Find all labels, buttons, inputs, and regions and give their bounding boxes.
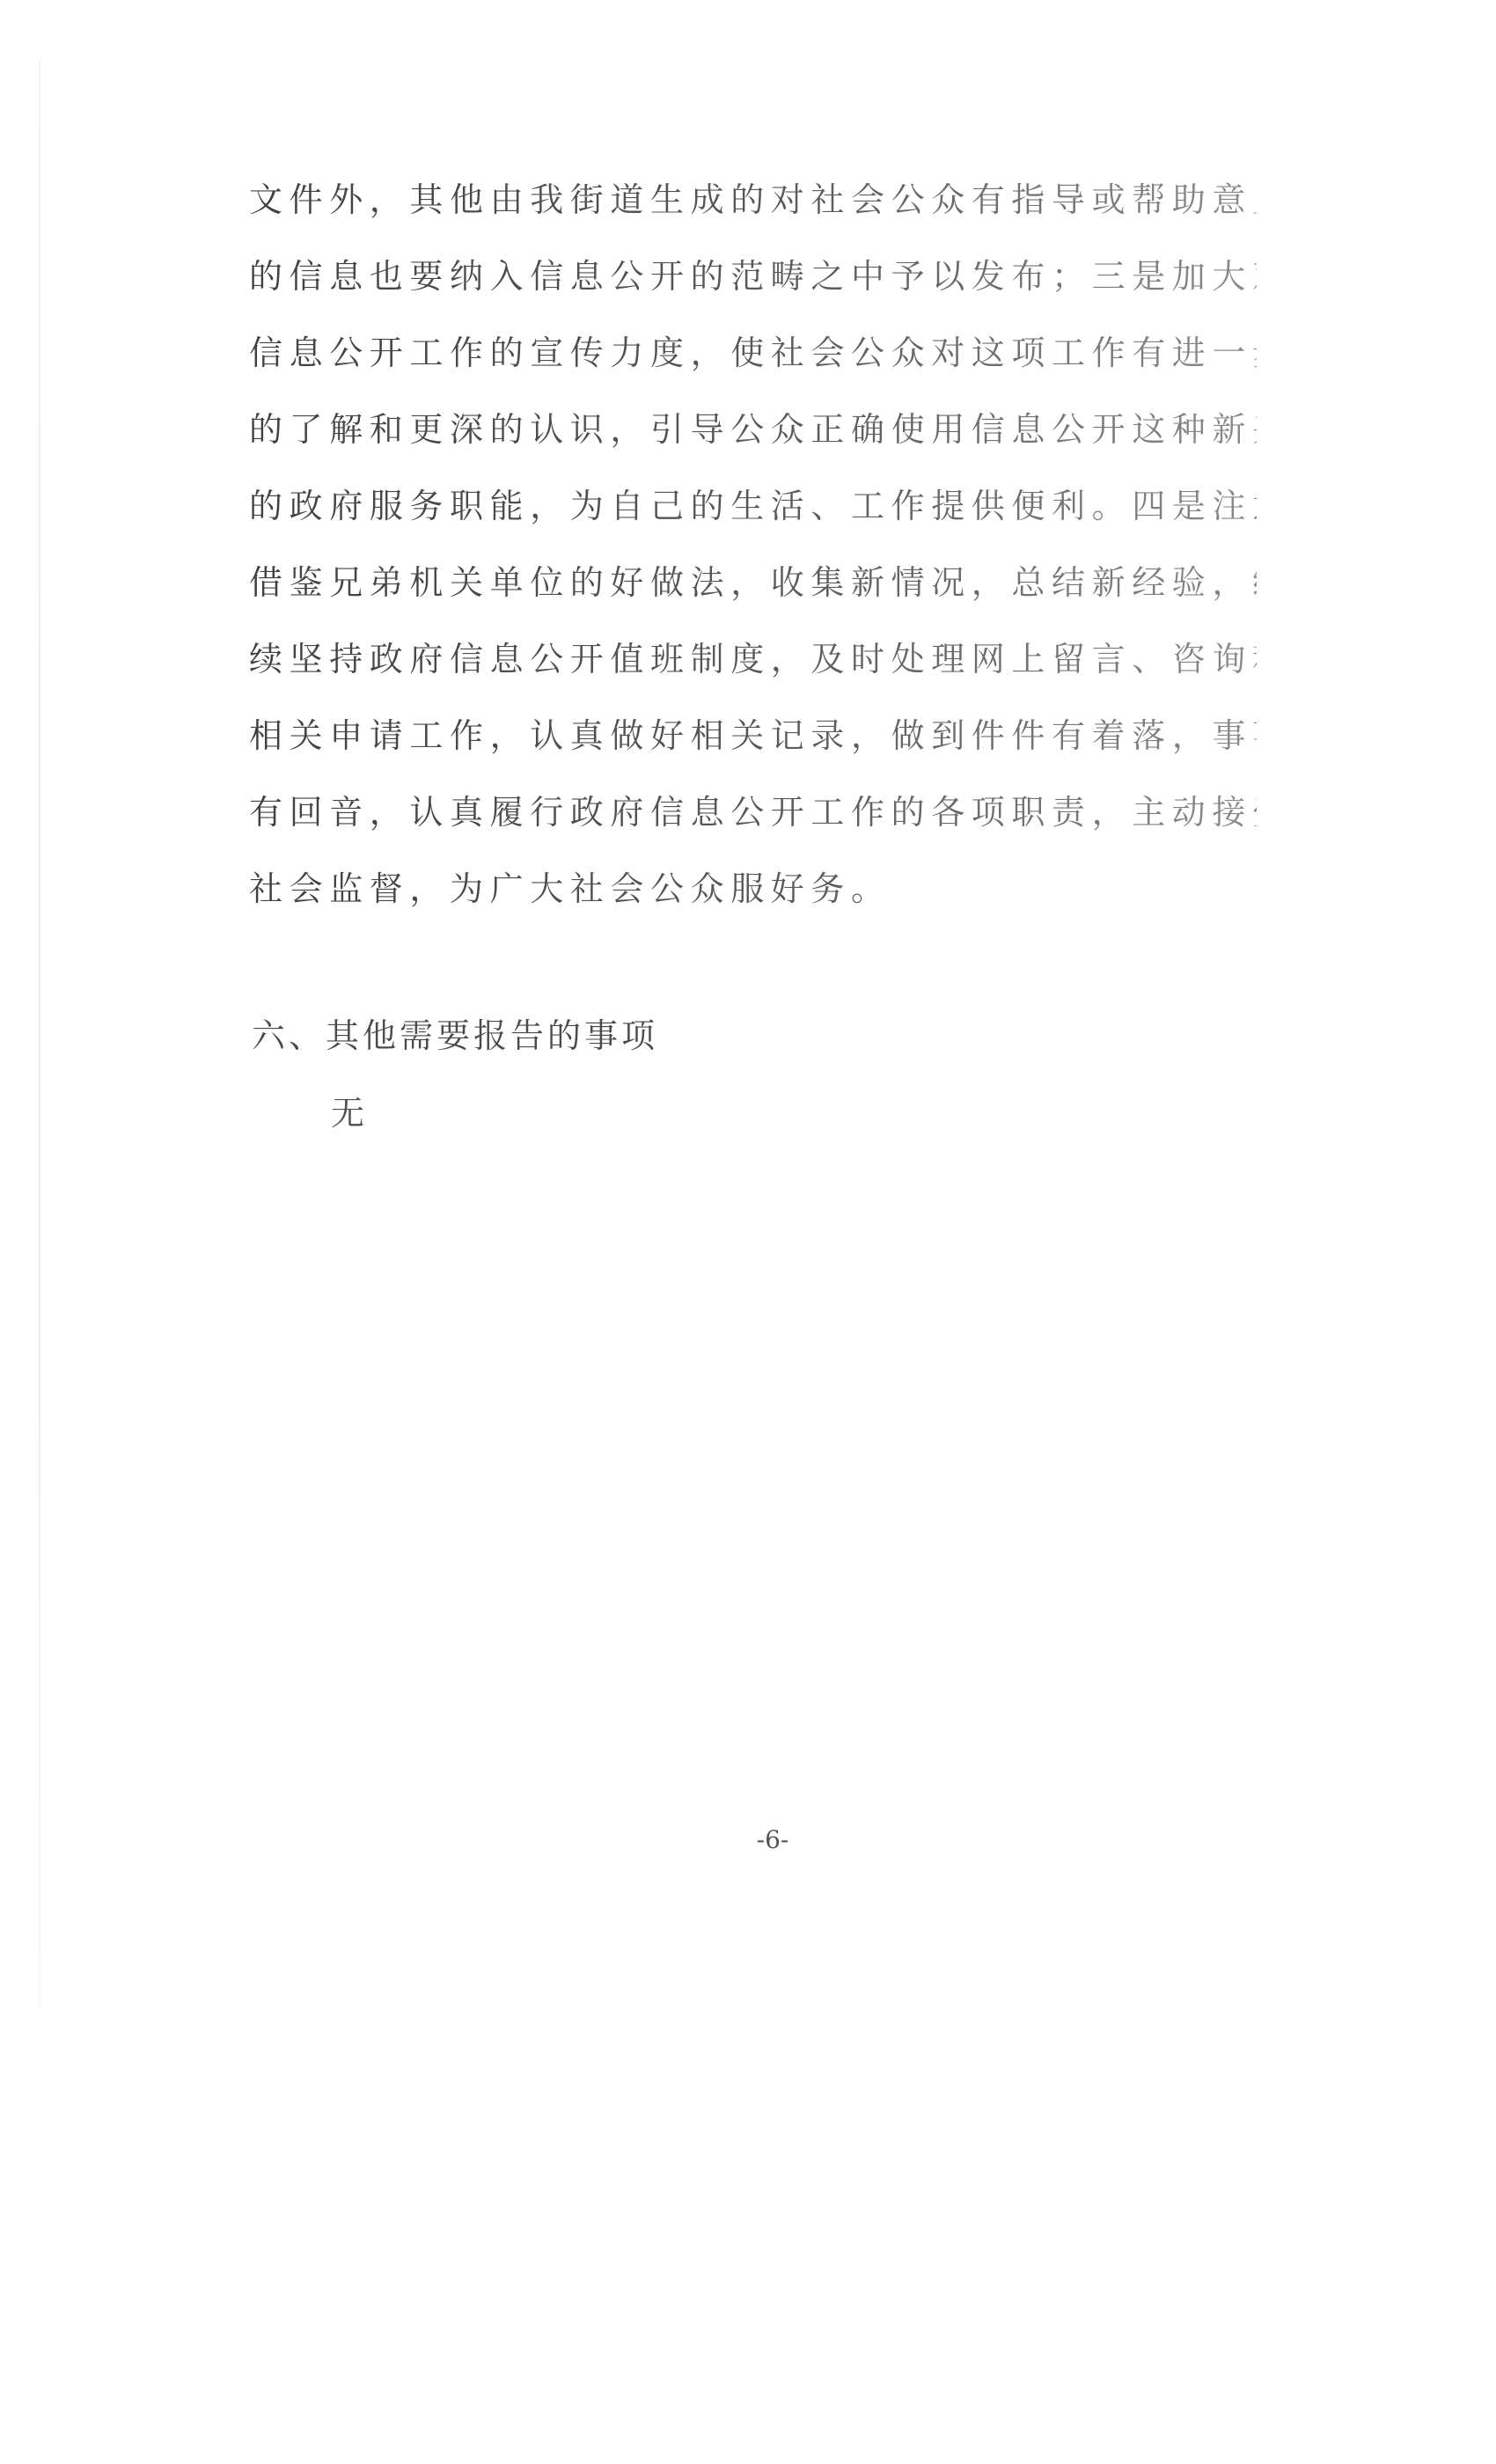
body-line: 借鉴兄弟机关单位的好做法，收集新情况，总结新经验，继 [249,545,1257,621]
body-line: 社会监督，为广大社会公众服好务。 [249,851,1257,928]
body-line: 有回音，认真履行政府信息公开工作的各项职责，主动接受 [249,774,1257,851]
body-line: 文件外，其他由我街道生成的对社会公众有指导或帮助意义 [249,162,1257,238]
body-line: 的政府服务职能，为自己的生活、工作提供便利。四是注意 [249,468,1257,545]
body-line: 的信息也要纳入信息公开的范畴之中予以发布；三是加大对 [249,238,1257,315]
body-line: 续坚持政府信息公开值班制度，及时处理网上留言、咨询和 [249,621,1257,698]
scan-edge-shadow [39,62,40,2006]
body-line: 的了解和更深的认识，引导公众正确使用信息公开这种新兴 [249,392,1257,468]
page-number: -6- [737,1825,808,1854]
body-paragraph: 文件外，其他由我街道生成的对社会公众有指导或帮助意义 的信息也要纳入信息公开的范… [249,162,1257,928]
section-heading: 六、其他需要报告的事项 [252,998,658,1074]
body-line: 相关申请工作，认真做好相关记录，做到件件有着落，事事 [249,698,1257,774]
section-content: 无 [331,1075,364,1152]
body-line: 信息公开工作的宣传力度，使社会公众对这项工作有进一步 [249,315,1257,392]
